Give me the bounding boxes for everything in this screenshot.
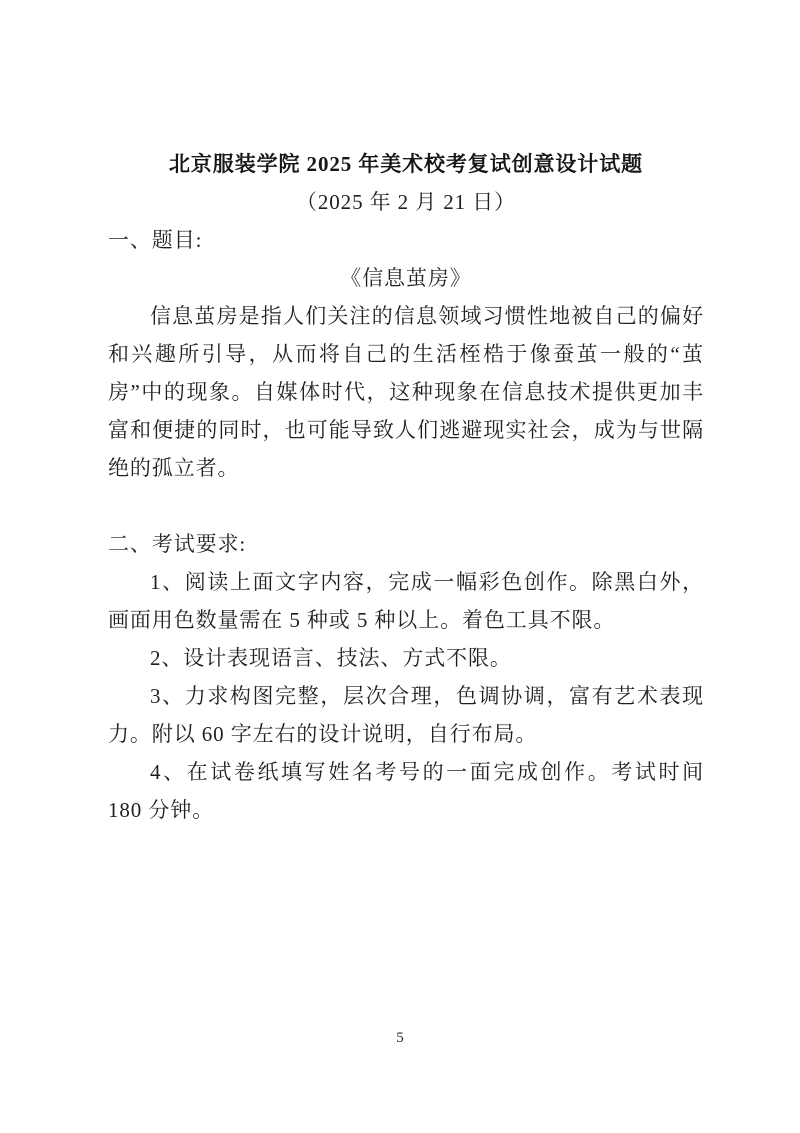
- document-page: 北京服装学院 2025 年美术校考复试创意设计试题 （2025 年 2 月 21…: [0, 0, 800, 1133]
- requirement-item-1: 1、阅读上面文字内容，完成一幅彩色创作。除黑白外，画面用色数量需在 5 种或 5…: [108, 563, 704, 639]
- section-2-heading: 二、考试要求:: [108, 525, 704, 563]
- section-1-heading: 一、题目:: [108, 221, 704, 259]
- page-number: 5: [0, 1028, 800, 1048]
- requirement-item-2: 2、设计表现语言、技法、方式不限。: [108, 639, 704, 677]
- artwork-title: 《信息茧房》: [108, 259, 704, 297]
- document-title: 北京服装学院 2025 年美术校考复试创意设计试题: [108, 145, 704, 183]
- blank-line: [108, 487, 704, 525]
- document-content: 北京服装学院 2025 年美术校考复试创意设计试题 （2025 年 2 月 21…: [0, 0, 800, 829]
- requirement-item-3: 3、力求构图完整，层次合理，色调协调，富有艺术表现力。附以 60 字左右的设计说…: [108, 677, 704, 753]
- topic-paragraph: 信息茧房是指人们关注的信息领域习惯性地被自己的偏好和兴趣所引导，从而将自己的生活…: [108, 297, 704, 487]
- exam-date: （2025 年 2 月 21 日）: [108, 183, 704, 221]
- requirement-item-4: 4、在试卷纸填写姓名考号的一面完成创作。考试时间 180 分钟。: [108, 753, 704, 829]
